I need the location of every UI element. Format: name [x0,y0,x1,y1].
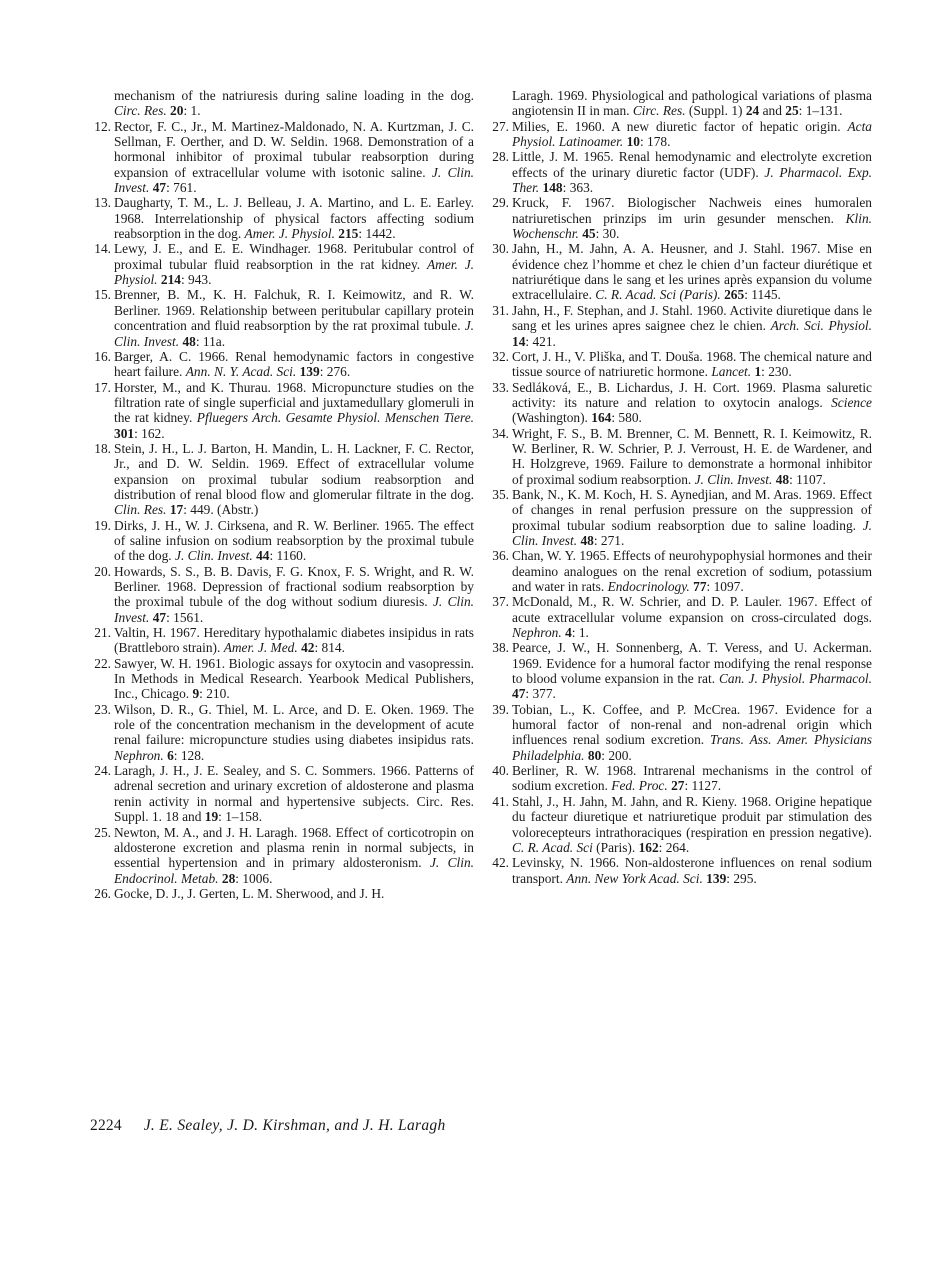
reference-item: 17.Horster, M., and K. Thurau. 1968. Mic… [114,380,474,441]
ref-pages: : 449. (Abstr.) [183,502,258,517]
reference-item: 13.Daugharty, T. M., L. J. Belleau, J. A… [114,195,474,241]
reference-number: 12. [91,119,111,134]
reference-item: 27.Milies, E. 1960. A new diuretic facto… [512,119,872,150]
reference-number: 40. [489,763,509,778]
ref-pages: : 128. [174,748,205,763]
ref-text: mechanism of the natriuresis during sali… [114,88,474,103]
ref-text: Sawyer, W. H. 1961. Biologic assays for … [114,656,474,702]
ref-text: Newton, M. A., and J. H. Laragh. 1968. E… [114,825,474,871]
ref-pages: : 1. [183,103,200,118]
ref-journal: Nephron. [512,625,562,640]
ref-volume: 47 [153,180,166,195]
reference-continuation: mechanism of the natriuresis during sali… [114,88,474,119]
ref-pages: : 1160. [269,548,306,563]
ref-text: (Suppl. 1) [686,103,746,118]
ref-text: Bank, N., K. M. Koch, H. S. Aynedjian, a… [512,487,872,533]
reference-item: 20.Howards, S. S., B. B. Davis, F. G. Kn… [114,564,474,625]
ref-volume: 28 [222,871,235,886]
reference-item: 42.Levinsky, N. 1966. Non-aldosterone in… [512,855,872,886]
reference-number: 37. [489,594,509,609]
ref-text: Kruck, F. 1967. Biologischer Nachweis ei… [512,195,872,225]
ref-text: and [759,103,785,118]
reference-number: 34. [489,426,509,441]
ref-volume: 164 [591,410,611,425]
ref-pages: : 1442. [358,226,395,241]
ref-journal: Ann. New York Acad. Sci. [566,871,703,886]
ref-journal: C. R. Acad. Sci (Paris). [595,287,720,302]
ref-pages: : 1–158. [218,809,262,824]
reference-number: 22. [91,656,111,671]
ref-pages: : 178. [640,134,671,149]
ref-volume: 48 [776,472,789,487]
ref-journal: Can. J. Physiol. Pharmacol. [719,671,872,686]
reference-item: 16.Barger, A. C. 1966. Renal hemodynamic… [114,349,474,380]
ref-pages: : 276. [320,364,351,379]
ref-pages: : 210. [199,686,230,701]
ref-text: Stein, J. H., L. J. Barton, H. Mandin, L… [114,441,474,502]
ref-pages: : 580. [611,410,642,425]
references-left-column: mechanism of the natriuresis during sali… [114,88,474,901]
reference-item: 22.Sawyer, W. H. 1961. Biologic assays f… [114,656,474,702]
reference-number: 32. [489,349,509,364]
ref-volume: 6 [167,748,174,763]
reference-item: 14.Lewy, J. E., and E. E. Windhager. 196… [114,241,474,287]
reference-item: 26.Gocke, D. J., J. Gerten, L. M. Sherwo… [114,886,474,901]
running-authors: J. E. Sealey, J. D. Kirshman, and J. H. … [144,1117,446,1134]
reference-item: 21.Valtin, H. 1967. Hereditary hypothala… [114,625,474,656]
ref-volume: 10 [627,134,640,149]
ref-volume: 14 [512,334,525,349]
reference-number: 21. [91,625,111,640]
ref-journal: Nephron. [114,748,164,763]
ref-text: (Washington). [512,410,591,425]
ref-pages: : 1127. [684,778,721,793]
reference-item: 28.Little, J. M. 1965. Renal hemodynamic… [512,149,872,195]
reference-number: 24. [91,763,111,778]
ref-volume: 45 [582,226,595,241]
ref-pages: : 1561. [166,610,203,625]
ref-pages: : 1–131. [799,103,843,118]
reference-item: 29.Kruck, F. 1967. Biologischer Nachweis… [512,195,872,241]
ref-journal: Circ. Res. [114,103,167,118]
reference-item: 31.Jahn, H., F. Stephan, and J. Stahl. 1… [512,303,872,349]
ref-text: McDonald, M., R. W. Schrier, and D. P. L… [512,594,872,624]
reference-number: 35. [489,487,509,502]
ref-volume: 214 [161,272,181,287]
ref-volume: 139 [706,871,726,886]
reference-item: 12.Rector, F. C., Jr., M. Martinez-Maldo… [114,119,474,196]
ref-volume: 27 [671,778,684,793]
ref-text: Cort, J. H., V. Pliška, and T. Douša. 19… [512,349,872,379]
ref-volume: 265 [724,287,744,302]
ref-pages: : 421. [525,334,556,349]
reference-item: 33.Sedláková, E., B. Lichardus, J. H. Co… [512,380,872,426]
ref-volume: 77 [693,579,706,594]
ref-volume: 47 [153,610,166,625]
ref-volume: 301 [114,426,134,441]
ref-text: Wilson, D. R., G. Thiel, M. L. Arce, and… [114,702,474,748]
ref-text: Howards, S. S., B. B. Davis, F. G. Knox,… [114,564,474,610]
reference-item: 36.Chan, W. Y. 1965. Effects of neurohyp… [512,548,872,594]
ref-volume: 47 [512,686,525,701]
ref-pages: : 814. [314,640,345,655]
reference-item: 15.Brenner, B. M., K. H. Falchuk, R. I. … [114,287,474,348]
ref-pages: : 1. [572,625,589,640]
reference-item: 30.Jahn, H., M. Jahn, A. A. Heusner, and… [512,241,872,302]
reference-item: 40.Berliner, R. W. 1968. Intrarenal mech… [512,763,872,794]
reference-item: 39.Tobian, L., K. Coffee, and P. McCrea.… [512,702,872,763]
reference-number: 19. [91,518,111,533]
ref-volume: 24 [746,103,759,118]
ref-volume: 42 [301,640,314,655]
ref-pages: : 1006. [235,871,272,886]
reference-item: 19.Dirks, J. H., W. J. Cirksena, and R. … [114,518,474,564]
reference-item: 23.Wilson, D. R., G. Thiel, M. L. Arce, … [114,702,474,763]
ref-journal: Circ. Res. [633,103,686,118]
reference-number: 13. [91,195,111,210]
reference-number: 14. [91,241,111,256]
reference-number: 18. [91,441,111,456]
ref-journal: Fed. Proc. [611,778,667,793]
reference-number: 39. [489,702,509,717]
ref-text: Brenner, B. M., K. H. Falchuk, R. I. Kei… [114,287,474,333]
ref-journal: J. Clin. Invest. [175,548,253,563]
ref-text: Stahl, J., H. Jahn, M. Jahn, and R. Kien… [512,794,872,840]
reference-number: 36. [489,548,509,563]
ref-volume: 20 [170,103,183,118]
ref-pages: : 271. [594,533,625,548]
reference-number: 17. [91,380,111,395]
reference-item: 32.Cort, J. H., V. Pliška, and T. Douša.… [512,349,872,380]
ref-journal: J. Clin. Invest. [695,472,773,487]
reference-number: 20. [91,564,111,579]
ref-text: Sedláková, E., B. Lichardus, J. H. Cort.… [512,380,872,410]
ref-volume: 139 [300,364,320,379]
ref-journal: Science [831,395,872,410]
ref-pages: : 377. [525,686,556,701]
reference-item: 37.McDonald, M., R. W. Schrier, and D. P… [512,594,872,640]
ref-pages: : 11a. [196,334,225,349]
reference-item: 41.Stahl, J., H. Jahn, M. Jahn, and R. K… [512,794,872,855]
ref-volume: 148 [543,180,563,195]
ref-volume: 215 [338,226,358,241]
reference-number: 23. [91,702,111,717]
ref-volume: 80 [588,748,601,763]
reference-number: 28. [489,149,509,164]
reference-number: 16. [91,349,111,364]
ref-pages: : 1107. [789,472,826,487]
reference-item: 24.Laragh, J. H., J. E. Sealey, and S. C… [114,763,474,824]
ref-journal: C. R. Acad. Sci [512,840,593,855]
ref-pages: : 200. [601,748,632,763]
ref-pages: : 230. [761,364,792,379]
references-right-column: Laragh. 1969. Physiological and patholog… [512,88,872,886]
ref-volume: 17 [170,502,183,517]
page-number: 2224 [90,1117,122,1134]
reference-number: 15. [91,287,111,302]
ref-journal: Arch. Sci. Physiol. [771,318,872,333]
reference-item: 35.Bank, N., K. M. Koch, H. S. Aynedjian… [512,487,872,548]
ref-journal: Ann. N. Y. Acad. Sci. [186,364,296,379]
reference-number: 42. [489,855,509,870]
ref-pages: : 162. [134,426,165,441]
reference-number: 31. [489,303,509,318]
ref-pages: : 30. [596,226,620,241]
ref-text: Milies, E. 1960. A new diuretic factor o… [512,119,847,134]
reference-continuation: Laragh. 1969. Physiological and patholog… [512,88,872,119]
ref-pages: : 264. [659,840,690,855]
ref-journal: Amer. J. Med. [224,640,298,655]
ref-journal: Pfluegers Arch. Gesamte Physiol. Mensche… [197,410,474,425]
ref-text: Rector, F. C., Jr., M. Martinez-Maldonad… [114,119,474,180]
ref-volume: 19 [205,809,218,824]
ref-pages: : 1097. [707,579,744,594]
ref-volume: 48 [182,334,195,349]
reference-number: 30. [489,241,509,256]
reference-number: 27. [489,119,509,134]
ref-volume: 44 [256,548,269,563]
ref-journal: Lancet. [711,364,751,379]
ref-text: Lewy, J. E., and E. E. Windhager. 1968. … [114,241,474,271]
reference-item: 18.Stein, J. H., L. J. Barton, H. Mandin… [114,441,474,518]
ref-volume: 4 [565,625,572,640]
ref-volume: 162 [639,840,659,855]
reference-number: 33. [489,380,509,395]
ref-journal: Endocrinology. [608,579,690,594]
ref-pages: : 295. [726,871,757,886]
ref-pages: : 1145. [744,287,781,302]
ref-pages: : 761. [166,180,197,195]
reference-number: 38. [489,640,509,655]
ref-volume: 48 [580,533,593,548]
reference-number: 25. [91,825,111,840]
page-footer: 2224 J. E. Sealey, J. D. Kirshman, and J… [90,1117,446,1135]
reference-item: 38.Pearce, J. W., H. Sonnenberg, A. T. V… [512,640,872,701]
ref-text: Chan, W. Y. 1965. Effects of neurohypoph… [512,548,872,594]
reference-item: 25.Newton, M. A., and J. H. Laragh. 1968… [114,825,474,886]
reference-number: 41. [489,794,509,809]
ref-text: (Paris). [593,840,639,855]
ref-text: Laragh, J. H., J. E. Sealey, and S. C. S… [114,763,474,824]
reference-number: 26. [91,886,111,901]
reference-number: 29. [489,195,509,210]
ref-journal: Clin. Res. [114,502,166,517]
reference-item: 34.Wright, F. S., B. M. Brenner, C. M. B… [512,426,872,487]
ref-journal: Amer. J. Physiol. [245,226,335,241]
ref-pages: : 943. [181,272,212,287]
ref-text: Gocke, D. J., J. Gerten, L. M. Sherwood,… [114,886,384,901]
ref-pages: : 363. [563,180,594,195]
ref-volume: 25 [785,103,798,118]
